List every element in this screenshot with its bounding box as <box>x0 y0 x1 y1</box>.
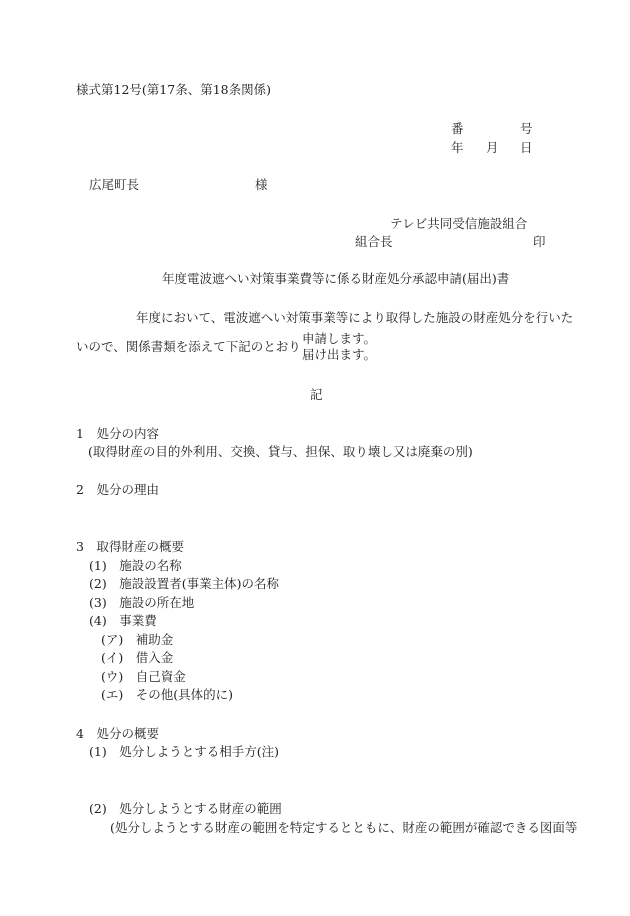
body-line-1: 年度において、電波遮へい対策事業等により取得した施設の財産処分を行いた <box>136 312 573 325</box>
section-3-subitem-a: (ア) 補助金 <box>101 634 173 647</box>
applicant-role: 組合長 <box>355 236 393 249</box>
document-title: 年度電波遮へい対策事業費等に係る財産処分承認申請(届出)書 <box>162 273 509 286</box>
section-4-item-2: (2) 処分しようとする財産の範囲 <box>89 803 282 816</box>
section-3-subitem-u: (ウ) 自己資金 <box>101 671 186 684</box>
section-3-item-3: (3) 施設の所在地 <box>89 597 194 610</box>
section-1-heading: 1 処分の内容 <box>76 428 159 441</box>
section-4-heading: 4 処分の概要 <box>76 728 159 741</box>
section-1-note: (取得財産の目的外利用、交換、貸与、担保、取り壊し又は廃棄の別) <box>88 446 473 459</box>
date-month: 月 <box>486 142 499 155</box>
form-number: 様式第12号(第17条、第18条関係) <box>76 84 271 97</box>
ki-marker: 記 <box>310 389 323 402</box>
section-3-subitem-e: (エ) その他(具体的に) <box>101 689 233 702</box>
body-line-2: いので、関係書類を添えて下記のとおり <box>76 341 301 354</box>
section-3-subitem-i: (イ) 借入金 <box>101 652 173 665</box>
section-4-note: (処分しようとする財産の範囲を特定するとともに、財産の範囲が確認できる図面等 <box>110 822 577 835</box>
addressee-name: 広尾町長 <box>89 179 139 192</box>
addressee-honorific: 様 <box>255 179 268 192</box>
applicant-organization: テレビ共同受信施設組合 <box>390 218 527 231</box>
section-4-item-1: (1) 処分しようとする相手方(注) <box>89 746 279 759</box>
date-year: 年 <box>451 142 464 155</box>
seal-mark: 印 <box>533 236 546 249</box>
section-3-item-4: (4) 事業費 <box>89 615 157 628</box>
section-3-heading: 3 取得財産の概要 <box>76 541 184 554</box>
number-label: 番 <box>451 123 464 136</box>
option-notify: 届け出ます。 <box>302 349 376 362</box>
number-suffix: 号 <box>520 123 533 136</box>
section-2-heading: 2 処分の理由 <box>76 484 159 497</box>
section-3-item-1: (1) 施設の名称 <box>89 560 182 573</box>
section-3-item-2: (2) 施設設置者(事業主体)の名称 <box>89 578 279 591</box>
option-apply: 申請します。 <box>302 333 376 346</box>
date-day: 日 <box>520 142 533 155</box>
